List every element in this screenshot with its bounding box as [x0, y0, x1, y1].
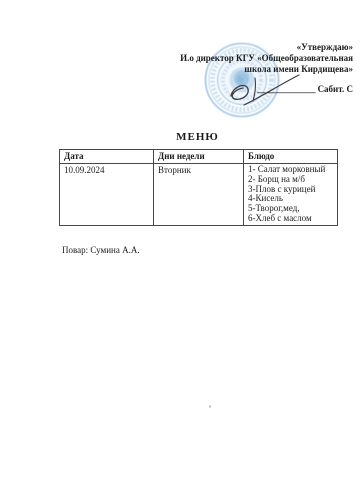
table-header-row: Дата Дни недели Блюдо	[60, 150, 338, 164]
column-header-date: Дата	[60, 150, 154, 164]
dishes-cell: 1- Салат морковный2- Борщ на м/б3-Плов с…	[244, 164, 338, 226]
approval-line-1: «Утверждаю»	[178, 42, 353, 53]
menu-title: МЕНЮ	[59, 131, 336, 143]
cook-name: Повар: Сумина А.А.	[62, 245, 140, 255]
date-cell: 10.09.2024	[60, 164, 154, 226]
scanned-menu-document: «Утверждаю» И.о директор КГУ «Общеобразо…	[0, 0, 363, 500]
approval-line-2: И.о директор КГУ «Общеобразовательная	[178, 53, 353, 64]
column-header-dish: Блюдо	[244, 150, 338, 164]
signer-name: Сабит. С	[316, 84, 353, 94]
dish-line: 6-Хлеб с маслом	[248, 214, 337, 224]
column-header-weekday: Дни недели	[154, 150, 244, 164]
signature-stroke-icon	[225, 70, 307, 110]
weekday-cell: Вторник	[154, 164, 244, 226]
scan-artifact-speck	[209, 405, 211, 408]
table-row: 10.09.2024 Вторник 1- Салат морковный2- …	[60, 164, 338, 226]
menu-table: Дата Дни недели Блюдо 10.09.2024 Вторник…	[59, 149, 338, 226]
